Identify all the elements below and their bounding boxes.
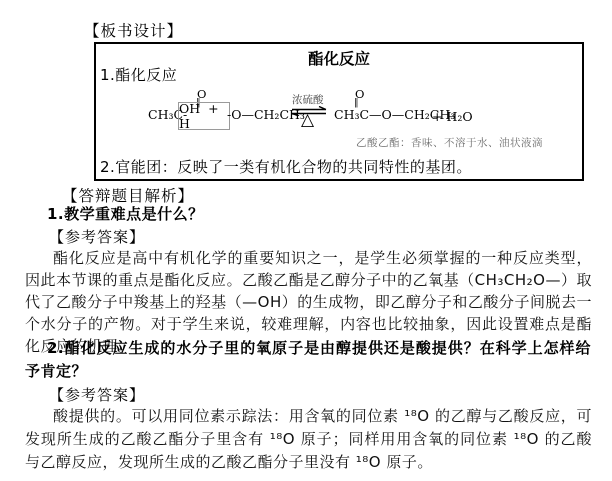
- board-item-1: 1.酯化反应: [100, 64, 177, 85]
- board-design-heading: 【板书设计】: [84, 19, 183, 41]
- double-bond-right: ‖: [354, 99, 358, 107]
- question-1: 1.教学重难点是什么？: [25, 203, 591, 226]
- hydroxyl-hydrogen-highlight-box: OH + H: [178, 102, 230, 130]
- plus-water-term: + H₂O: [432, 109, 473, 124]
- lesson-plan-document: 【板书设计】 酯化反应 1.酯化反应 O ‖ CH₃C- OH + H -O—C…: [0, 0, 612, 481]
- ethyl-acetate-properties-note: 乙酸乙酯：香味、不溶于水、油状液滴: [356, 135, 543, 150]
- heat-delta-symbol: △: [301, 111, 314, 129]
- catalyst-label: 浓硫酸: [292, 92, 324, 107]
- question-2: 2.酯化反应生成的水分子里的氧原子是由醇提供还是酸提供？在科学上怎样给予肯定？: [25, 337, 591, 383]
- answer-2-paragraph: 酸提供的。可以用同位素示踪法：用含氧的同位素 ¹⁸O 的乙醇与乙酸反应，可发现所…: [25, 405, 592, 474]
- reference-answer-label-1: 【参考答案】: [25, 226, 145, 247]
- board-item-2: 2.官能团：反映了一类有机化合物的共同特性的基团。: [100, 156, 472, 177]
- blackboard-design-box: 酯化反应 1.酯化反应 O ‖ CH₃C- OH + H -O—CH₂CH₃ 浓…: [94, 42, 584, 181]
- reference-answer-label-2: 【参考答案】: [25, 384, 145, 405]
